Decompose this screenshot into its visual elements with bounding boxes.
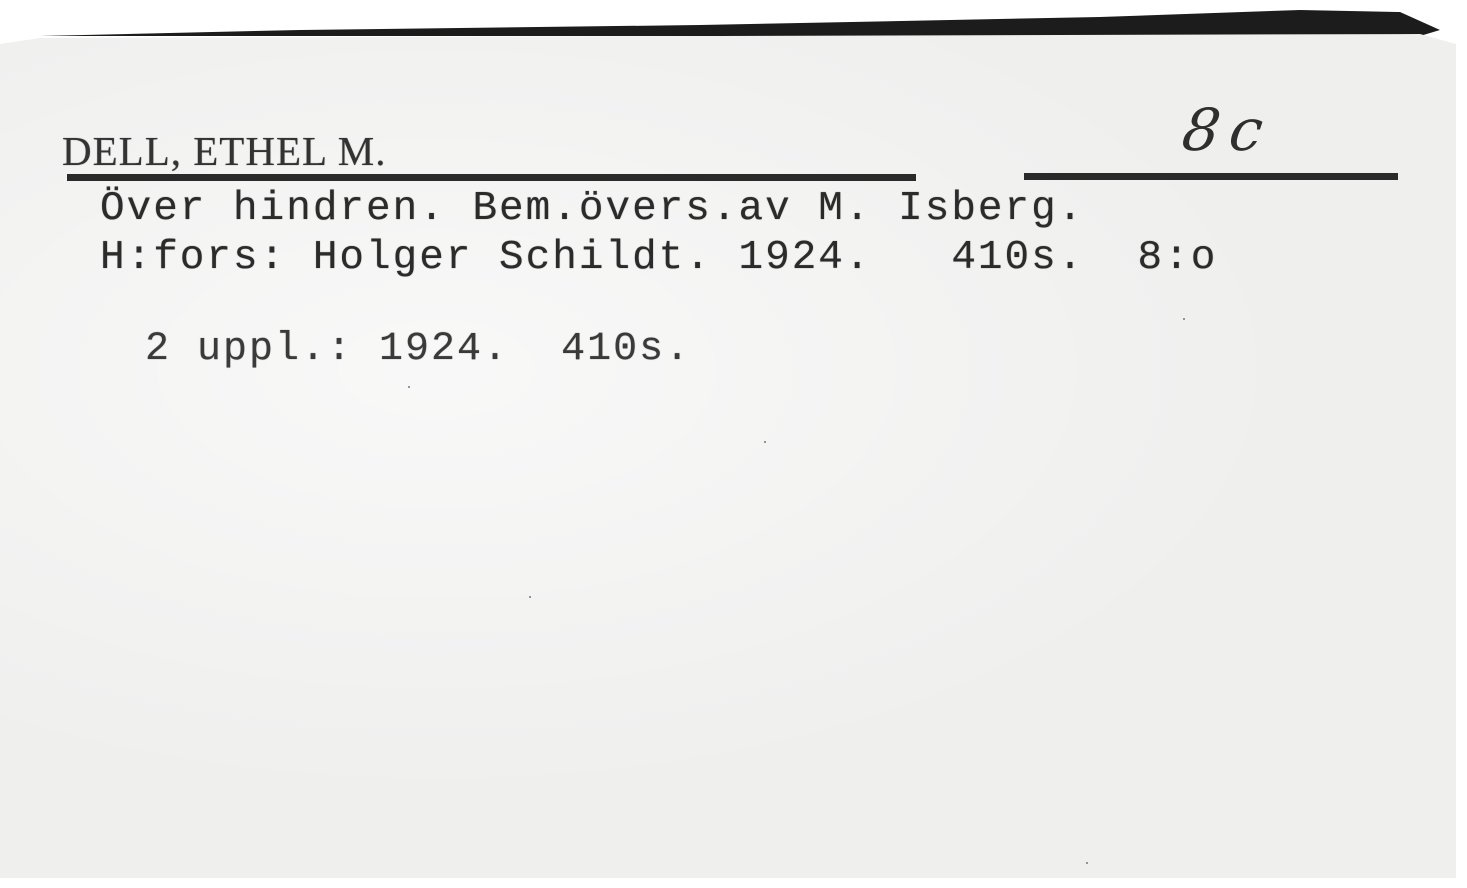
imprint-line: H:fors: Holger Schildt. 1924. 410s. 8:o: [100, 235, 1217, 281]
paper-speck: [529, 596, 531, 598]
paper-speck: [1086, 862, 1088, 864]
heading-underline: [67, 174, 916, 181]
title-line: Över hindren. Bem.övers.av M. Isberg.: [100, 186, 1084, 232]
author-heading: DELL, ETHEL M.: [62, 127, 386, 175]
paper-speck: [408, 386, 410, 388]
edition-note: 2 uppl.: 1924. 410s.: [145, 327, 691, 372]
handwritten-call-number: 8c: [1178, 96, 1277, 164]
paper-speck: [764, 441, 766, 443]
scanned-catalog-card-image: DELL, ETHEL M. 8c Över hindren. Bem.över…: [0, 0, 1467, 888]
call-number-underline: [1024, 173, 1398, 180]
paper-speck: [1183, 318, 1185, 320]
